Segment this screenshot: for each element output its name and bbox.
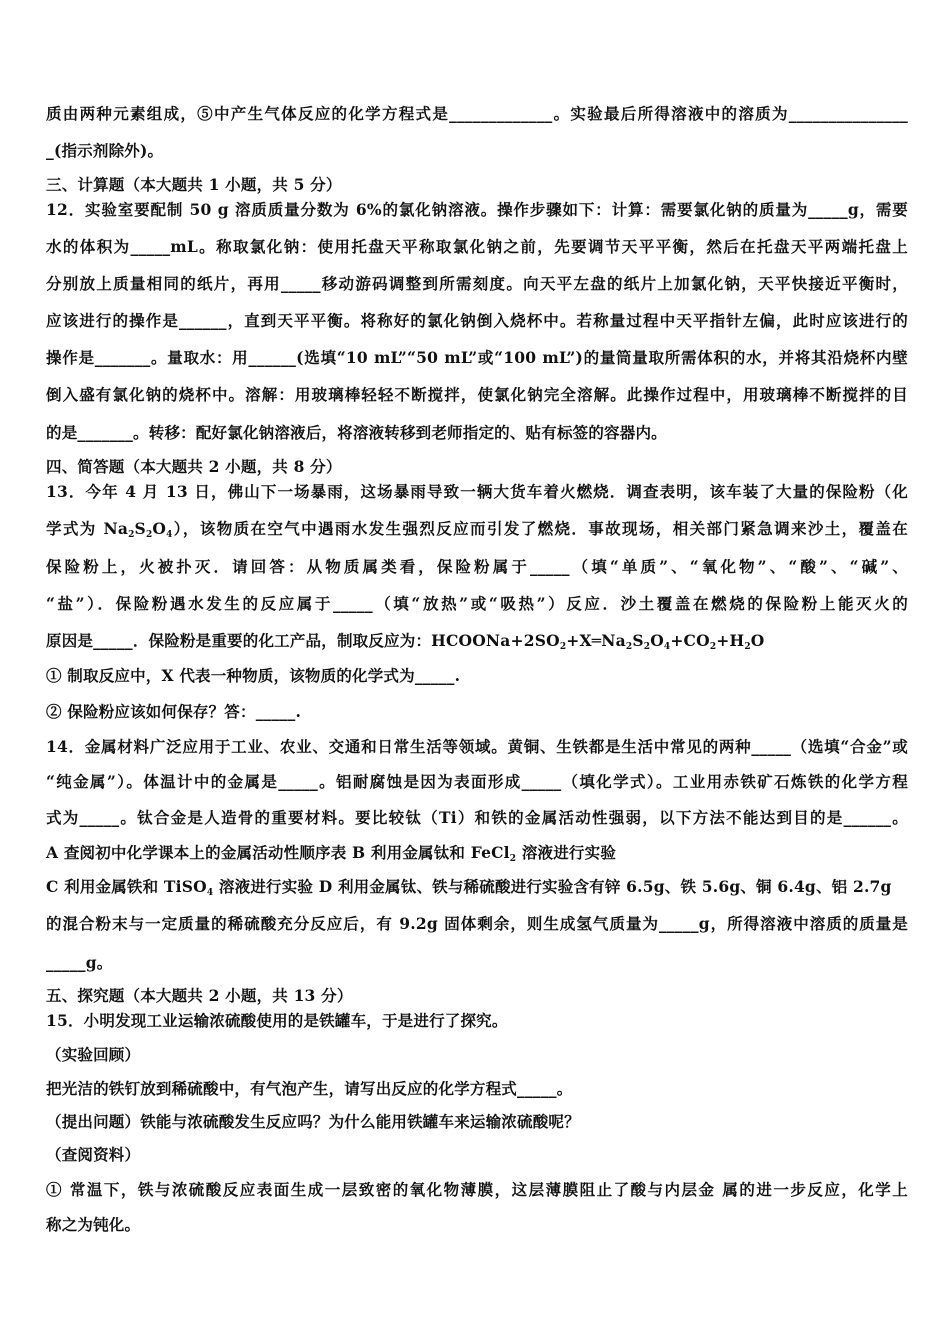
text-line: 的混合粉末与一定质量的稀硫酸充分反应后，有 9.2g 固体剩余，则生成氢气质量为… [46,914,908,934]
text-line: _____g。 [46,953,908,973]
text-line: 原因是_____．保险粉是重要的化工产品，制取反应为：HCOONa+2SO2+X… [46,631,908,651]
text-segment: ），该物质在空气中遇雨水发生强烈反应而引发了燃烧．事故现场，相关部门紧急调来沙土… [173,519,908,538]
text-line: 学式为 Na2S2O4），该物质在空气中遇雨水发生强烈反应而引发了燃烧．事故现场… [46,519,908,539]
text-line: 称之为钝化。 [46,1215,908,1235]
text-segment: 把光洁的铁钉放到稀硫酸中，有气泡产生，请写出反应的化学方程式_____。 [46,1079,572,1098]
text-segment: O [751,631,765,650]
text-line: C 利用金属铁和 TiSO4 溶液进行实验 D 利用金属钛、铁与稀硫酸进行实验含… [46,877,908,897]
text-segment: 保险粉上，火被扑灭．请回答：从物质属类看，保险粉属于_____（填“单质”、“氧… [46,557,908,576]
text-segment: 应该进行的操作是______，直到天平平衡。将称好的氯化钠倒入烧杯中。若称量过程… [46,311,908,330]
text-segment: 13．今年 4 月 13 日，佛山下一场暴雨，这场暴雨导致一辆大货车着火燃烧．调… [46,482,908,501]
text-segment: +CO [670,631,709,650]
text-segment: 的是_______。转移：配好氯化钠溶液后，将溶液转移到老师指定的、贴有标签的容… [46,423,667,442]
text-line: 质由两种元素组成，⑤中产生气体反应的化学方程式是_____________。实验… [46,104,908,124]
text-segment: 五、探究题（本大题共 2 小题，共 13 分） [46,986,353,1005]
text-segment: 三、计算题（本大题共 1 小题，共 5 分） [46,175,342,194]
text-segment: （查阅资料） [46,1145,140,1164]
section-heading: 四、简答题（本大题共 2 小题，共 8 分） [46,457,908,477]
text-segment: （提出问题）铁能与浓硫酸发生反应吗？为什么能用铁罐车来运输浓硫酸呢？ [46,1112,580,1131]
text-line: 应该进行的操作是______，直到天平平衡。将称好的氯化钠倒入烧杯中。若称量过程… [46,311,908,331]
text-line: 倒入盛有氯化钠的烧杯中。溶解：用玻璃棒轻轻不断搅拌，使氯化钠完全溶解。此操作过程… [46,385,908,405]
text-line: 的是_______。转移：配好氯化钠溶液后，将溶液转移到老师指定的、贴有标签的容… [46,423,908,443]
text-segment: 的混合粉末与一定质量的稀硫酸充分反应后，有 9.2g 固体剩余，则生成氢气质量为… [46,914,908,933]
question-text: 14．金属材料广泛应用于工业、农业、交通和日常生活等领域。黄铜、生铁都是生活中常… [46,737,908,757]
text-segment: +X═Na [566,631,626,650]
text-segment: 溶液进行实验 [516,843,616,862]
text-segment: 溶液进行实验 D 利用金属钛、铁与稀硫酸进行实验含有锌 6.5g、铁 5.6g、… [213,877,891,896]
text-line: 把光洁的铁钉放到稀硫酸中，有气泡产生，请写出反应的化学方程式_____。 [46,1079,908,1099]
text-segment: _____g。 [46,953,113,972]
text-segment: _(指示剂除外)。 [46,141,163,160]
question-text: 13．今年 4 月 13 日，佛山下一场暴雨，这场暴雨导致一辆大货车着火燃烧．调… [46,482,908,502]
text-segment: “纯金属”）。体温计中的金属是_____。铝耐腐蚀是因为表面形成_____（填化… [46,772,908,791]
section-heading: 五、探究题（本大题共 2 小题，共 13 分） [46,986,908,1006]
text-line: 保险粉上，火被扑灭．请回答：从物质属类看，保险粉属于_____（填“单质”、“氧… [46,557,908,577]
text-segment: O [152,519,166,538]
text-segment: C 利用金属铁和 TiSO [46,877,207,896]
text-segment: 原因是_____．保险粉是重要的化工产品，制取反应为：HCOONa+2SO [46,631,560,650]
section-heading: 三、计算题（本大题共 1 小题，共 5 分） [46,175,908,195]
text-line: 操作是_______。量取水：用______(选填“10 mL”“50 mL”或… [46,348,908,368]
text-segment: 12．实验室要配制 50 g 溶质质量分数为 6%的氯化钠溶液。操作步骤如下：计… [46,200,908,219]
text-segment: 14．金属材料广泛应用于工业、农业、交通和日常生活等领域。黄铜、生铁都是生活中常… [46,737,908,756]
text-segment: 称之为钝化。 [46,1215,140,1234]
text-line: ① 常温下，铁与浓硫酸反应表面生成一层致密的氧化物薄膜，这层薄膜阻止了酸与内层金… [46,1180,908,1200]
text-segment: 15．小明发现工业运输浓硫酸使用的是铁罐车，于是进行了探究。 [46,1011,508,1030]
text-segment: O [650,631,664,650]
text-segment: 四、简答题（本大题共 2 小题，共 8 分） [46,457,342,476]
text-line: （实验回顾） [46,1045,908,1065]
question-text: 12．实验室要配制 50 g 溶质质量分数为 6%的氯化钠溶液。操作步骤如下：计… [46,200,908,220]
text-segment: （实验回顾） [46,1045,140,1064]
text-segment: 质由两种元素组成，⑤中产生气体反应的化学方程式是_____________。实验… [46,104,908,123]
text-line: A 查阅初中化学课本上的金属活动性顺序表 B 利用金属钛和 FeCl2 溶液进行… [46,843,908,863]
text-line: ① 制取反应中，X 代表一种物质，该物质的化学式为_____. [46,666,908,686]
text-line: （提出问题）铁能与浓硫酸发生反应吗？为什么能用铁罐车来运输浓硫酸呢？ [46,1112,908,1132]
text-segment: ② 保险粉应该如何保存？答：_____. [46,702,301,721]
text-line: _(指示剂除外)。 [46,141,908,161]
text-segment: 学式为 Na [46,519,128,538]
text-segment: ① 常温下，铁与浓硫酸反应表面生成一层致密的氧化物薄膜，这层薄膜阻止了酸与内层金… [46,1180,908,1199]
text-segment: 操作是_______。量取水：用______(选填“10 mL”“50 mL”或… [46,348,908,367]
text-segment: 分别放上质量相同的纸片，再用_____移动游码调整到所需刻度。向天平左盘的纸片上… [46,274,908,293]
text-line: （查阅资料） [46,1145,908,1165]
text-segment: 式为_____。钛合金是人造骨的重要材料。要比较钛（Ti）和铁的金属活动性强弱，… [46,808,908,827]
text-segment: +H [716,631,744,650]
text-segment: 水的体积为_____mL。称取氯化钠：使用托盘天平称取氯化钠之前，先要调节天平平… [46,237,908,256]
text-segment: 倒入盛有氯化钠的烧杯中。溶解：用玻璃棒轻轻不断搅拌，使氯化钠完全溶解。此操作过程… [46,385,908,404]
text-line: 式为_____。钛合金是人造骨的重要材料。要比较钛（Ti）和铁的金属活动性强弱，… [46,808,908,828]
text-line: “盐”）．保险粉遇水发生的反应属于_____（填“放热”或“吸热”）反应．沙土覆… [46,594,908,614]
exam-page: 质由两种元素组成，⑤中产生气体反应的化学方程式是_____________。实验… [0,0,950,1344]
text-segment: A 查阅初中化学课本上的金属活动性顺序表 B 利用金属钛和 FeCl [46,843,510,862]
text-line: ② 保险粉应该如何保存？答：_____. [46,702,908,722]
text-segment: S [135,519,146,538]
text-line: 分别放上质量相同的纸片，再用_____移动游码调整到所需刻度。向天平左盘的纸片上… [46,274,908,294]
question-text: 15．小明发现工业运输浓硫酸使用的是铁罐车，于是进行了探究。 [46,1011,908,1031]
text-segment: “盐”）．保险粉遇水发生的反应属于_____（填“放热”或“吸热”）反应．沙土覆… [46,594,908,613]
text-segment: S [632,631,643,650]
text-line: 水的体积为_____mL。称取氯化钠：使用托盘天平称取氯化钠之前，先要调节天平平… [46,237,908,257]
text-segment: ① 制取反应中，X 代表一种物质，该物质的化学式为_____. [46,666,460,685]
text-line: “纯金属”）。体温计中的金属是_____。铝耐腐蚀是因为表面形成_____（填化… [46,772,908,792]
